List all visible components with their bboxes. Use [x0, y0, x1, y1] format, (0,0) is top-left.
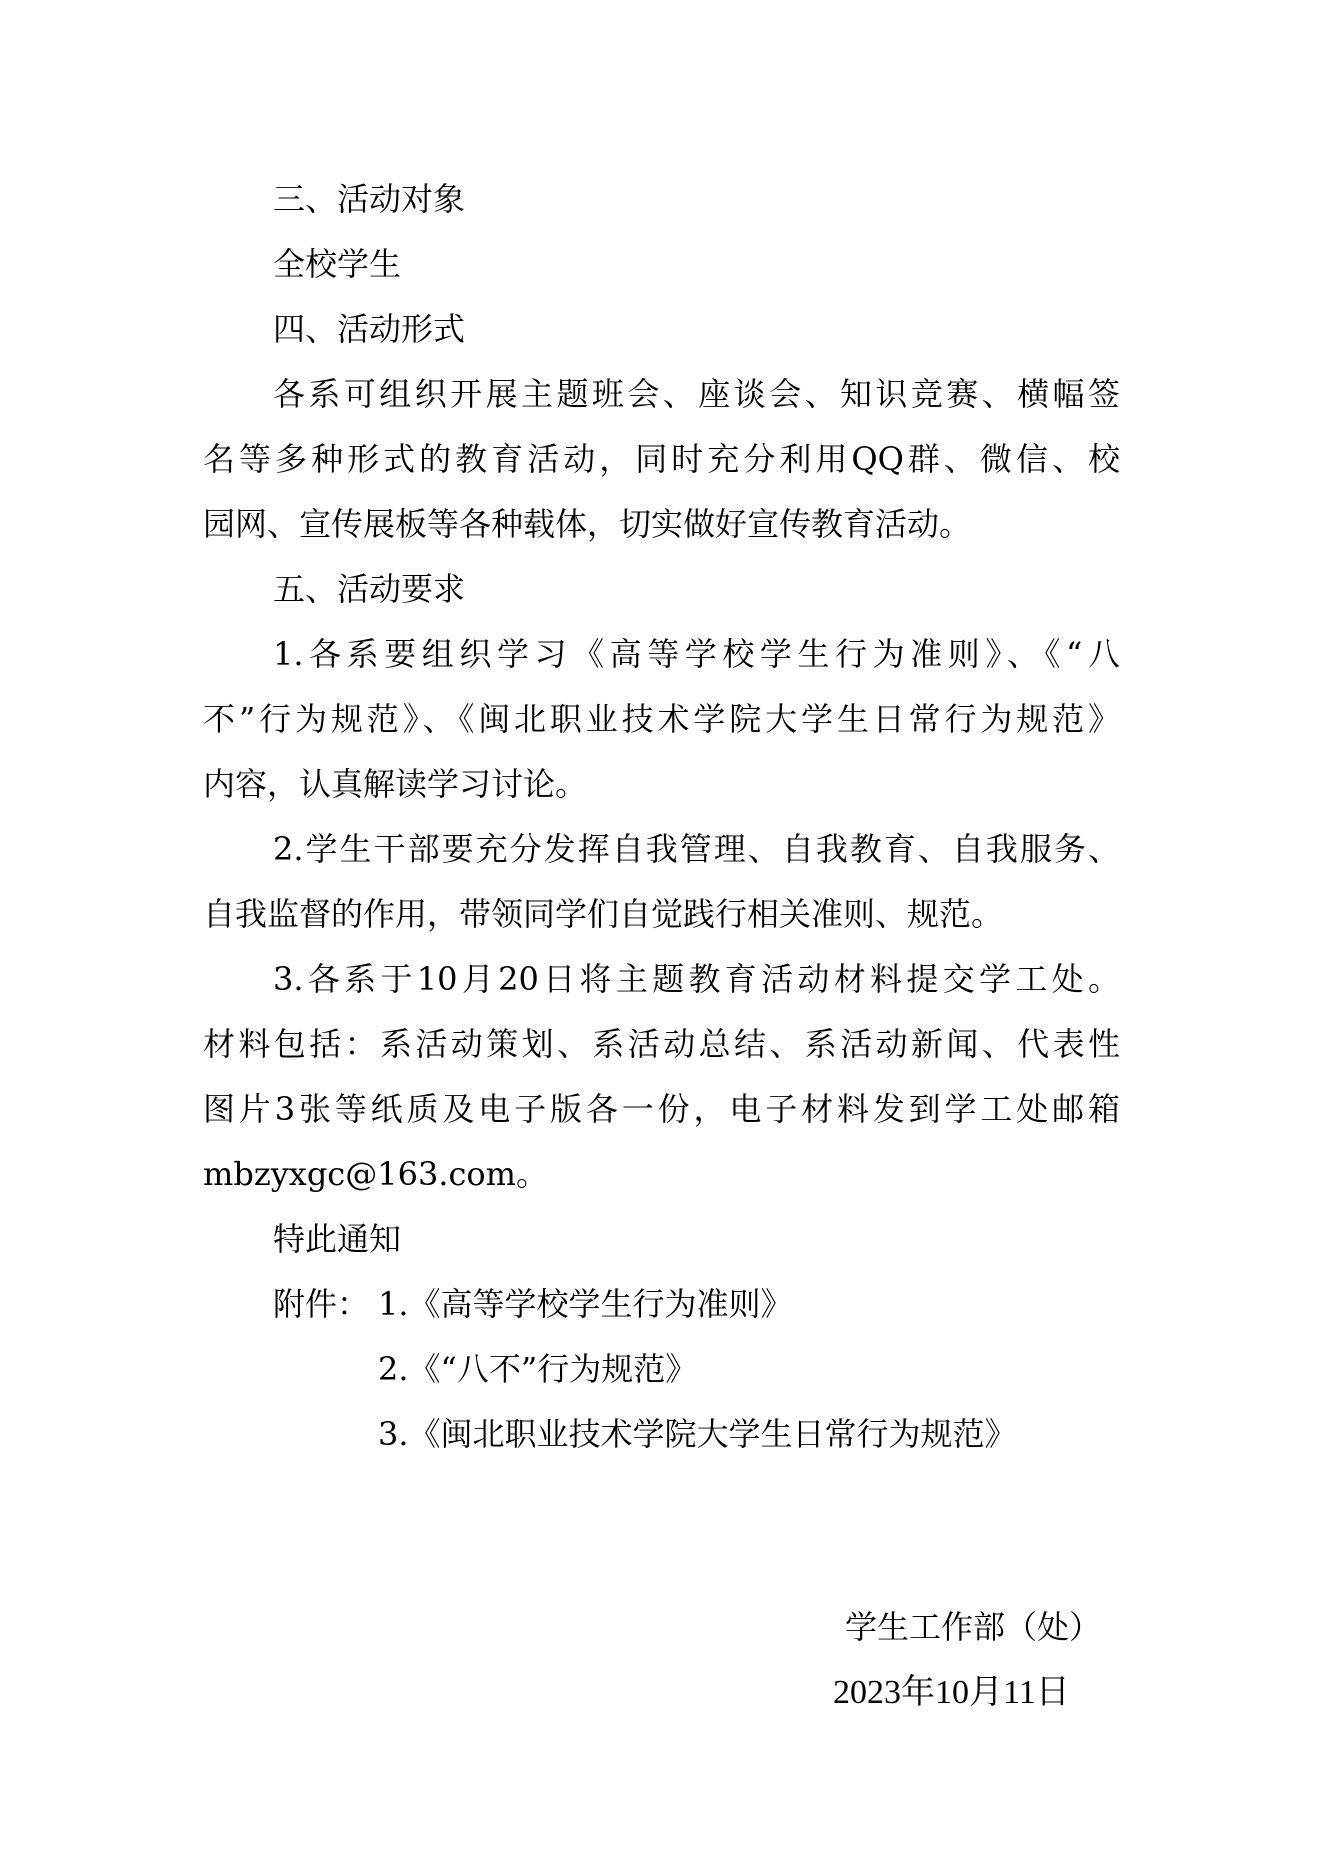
section-heading-4: 四、活动形式	[273, 297, 465, 362]
requirement-3-line-2: 材料包括：系活动策划、系活动总结、系活动新闻、代表性	[203, 1012, 1120, 1077]
email-address: mbzyxgc@163.com。	[203, 1142, 1120, 1207]
attachment-item-3: 3.《闽北职业技术学院大学生日常行为规范》	[378, 1402, 1017, 1467]
closing-notice: 特此通知	[273, 1207, 401, 1272]
requirement-3-line-3: 图片3张等纸质及电子版各一份，电子材料发到学工处邮箱	[203, 1077, 1120, 1142]
requirement-2-line-1: 2.学生干部要充分发挥自我管理、自我教育、自我服务、	[273, 817, 1120, 882]
requirement-2-line-2: 自我监督的作用，带领同学们自觉践行相关准则、规范。	[203, 882, 1120, 947]
requirement-3-line-1: 3.各系于10月20日将主题教育活动材料提交学工处。	[273, 947, 1120, 1012]
issue-date: 2023年10月11日	[833, 1660, 1070, 1725]
attachment-item-2: 2.《“八不”行为规范》	[378, 1337, 697, 1402]
section-heading-3: 三、活动对象	[273, 167, 465, 232]
section-4-line-1: 各系可组织开展主题班会、座谈会、知识竞赛、横幅签	[273, 362, 1120, 427]
section-heading-5: 五、活动要求	[273, 557, 465, 622]
issuer-signature: 学生工作部（处）	[845, 1595, 1101, 1660]
section-4-line-3: 园网、宣传展板等各种载体，切实做好宣传教育活动。	[203, 492, 1120, 557]
attachment-item-1: 1.《高等学校学生行为准则》	[378, 1272, 793, 1337]
attachments-label: 附件：	[273, 1272, 369, 1337]
section-3-body: 全校学生	[273, 232, 401, 297]
requirement-1-line-3: 内容，认真解读学习讨论。	[203, 752, 1120, 817]
requirement-1-line-2: 不”行为规范》、《闽北职业技术学院大学生日常行为规范》	[203, 687, 1120, 752]
requirement-1-line-1: 1.各系要组织学习《高等学校学生行为准则》、《“八	[273, 622, 1120, 687]
section-4-line-2: 名等多种形式的教育活动，同时充分利用QQ群、微信、校	[203, 427, 1120, 492]
